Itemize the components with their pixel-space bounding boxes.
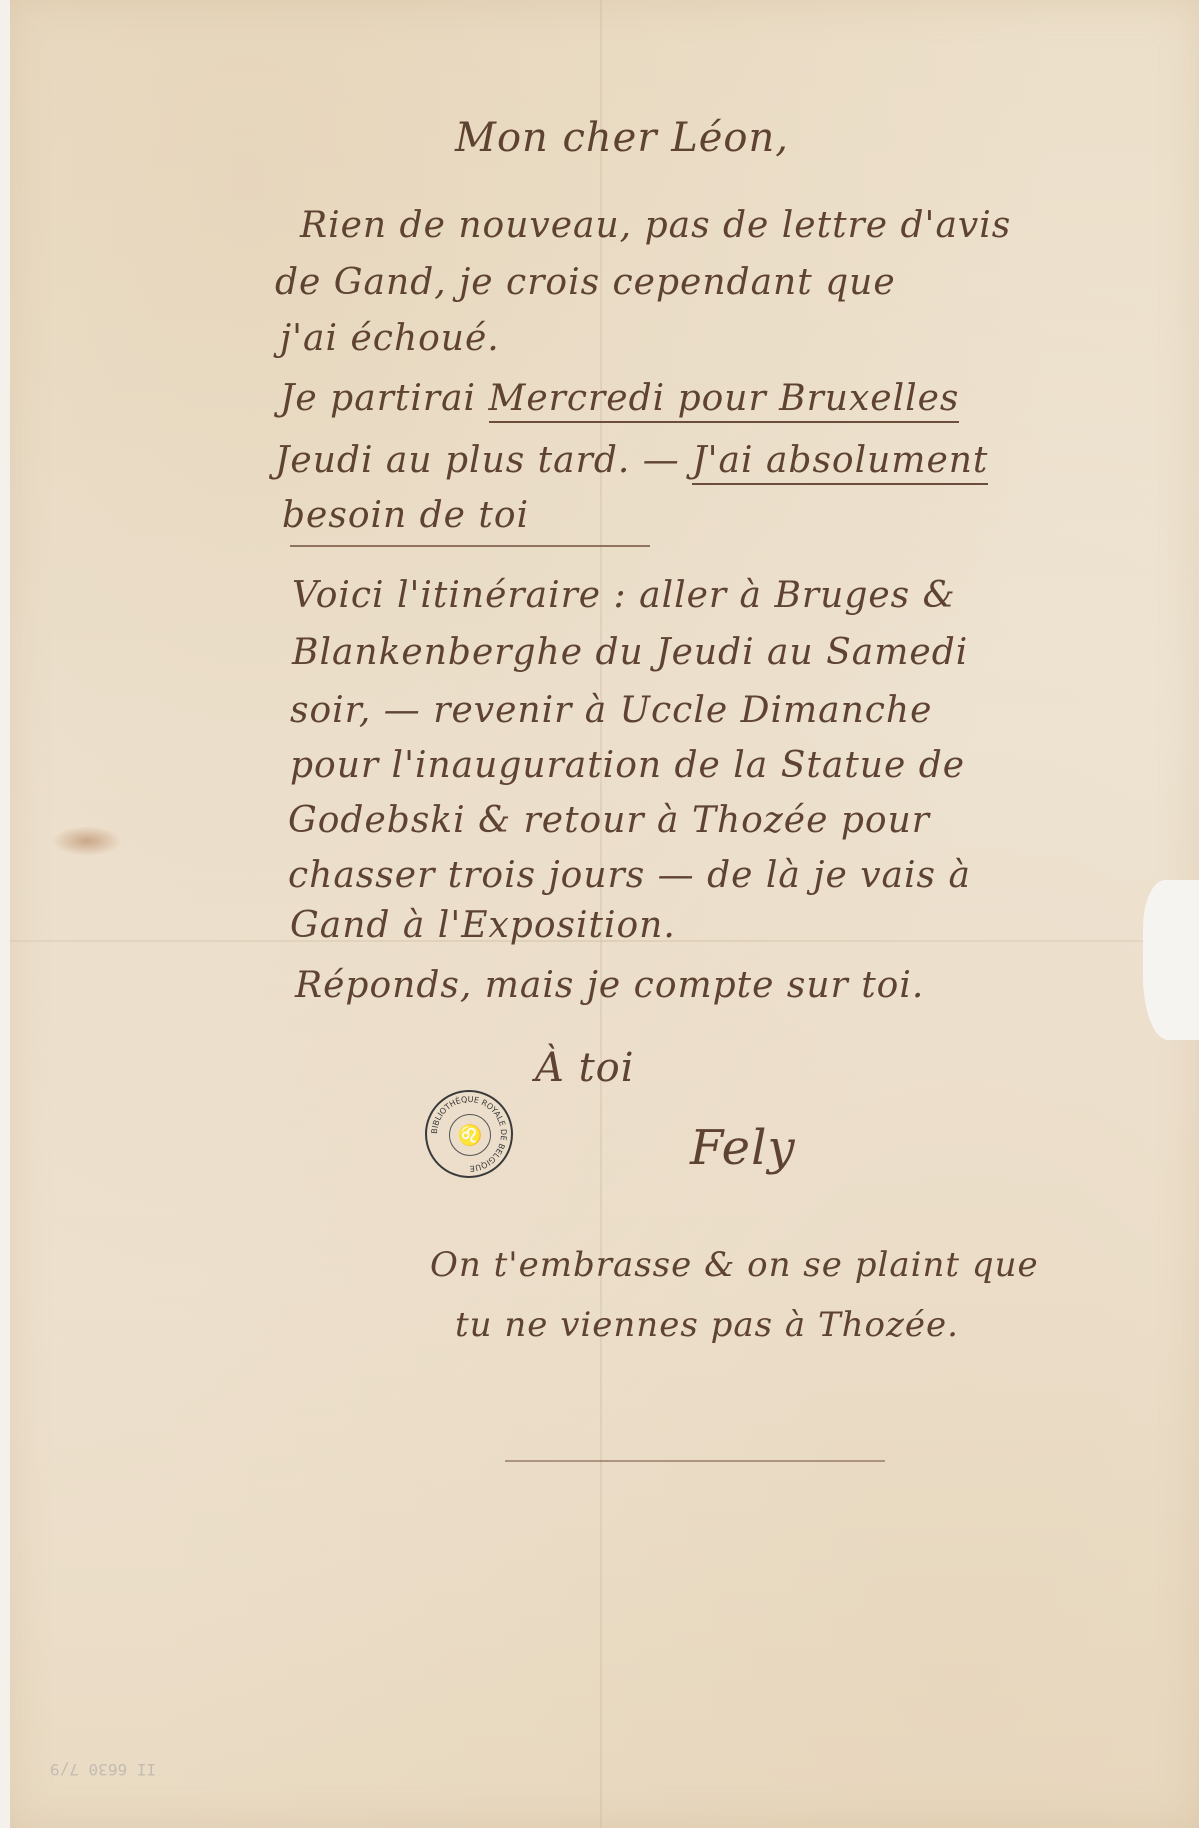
body-line-7: Voici l'itinéraire : aller à Bruges & — [292, 575, 956, 616]
body-line-14: Réponds, mais je compte sur toi. — [295, 965, 924, 1006]
closing: À toi — [535, 1045, 635, 1091]
postscript-line-1: On t'embrasse & on se plaint que — [430, 1245, 1039, 1285]
body-line-12: chasser trois jours — de là je vais à — [288, 855, 971, 896]
closing-flourish — [505, 1460, 885, 1462]
body-line-5b-underlined: J'ai absolument — [692, 440, 988, 485]
section-divider — [290, 545, 650, 547]
paper-stain — [52, 826, 122, 856]
body-line-9: soir, — revenir à Uccle Dimanche — [290, 690, 932, 731]
body-line-4a: Je partirai — [280, 378, 476, 419]
body-line-10: pour l'inauguration de la Statue de — [290, 745, 965, 786]
signature: Fely — [690, 1120, 796, 1176]
lion-emblem-icon: ♌ — [449, 1114, 491, 1156]
body-line-2: de Gand, je crois cependant que — [275, 262, 896, 303]
body-line-5: Jeudi au plus tard. — J'ai absolument — [275, 440, 988, 481]
body-line-6: besoin de toi — [282, 495, 529, 536]
library-stamp: BIBLIOTHÈQUE ROYALE DE BELGIQUE ♌ — [425, 1090, 513, 1178]
postscript-line-2: tu ne viennes pas à Thozée. — [455, 1305, 959, 1345]
body-line-13: Gand à l'Exposition. — [290, 905, 676, 946]
body-line-1: Rien de nouveau, pas de lettre d'avis — [300, 205, 1011, 246]
body-line-11: Godebski & retour à Thozée pour — [288, 800, 930, 841]
pencil-shelfmark: II 6630 7/9 — [50, 1760, 156, 1779]
body-line-5a: Jeudi au plus tard. — — [275, 440, 680, 481]
body-line-8: Blankenberghe du Jeudi au Samedi — [292, 632, 968, 673]
body-line-3: j'ai échoué. — [280, 318, 500, 359]
body-line-4b-underlined: Mercredi pour Bruxelles — [489, 378, 960, 423]
salutation: Mon cher Léon, — [455, 115, 789, 161]
body-line-4: Je partirai Mercredi pour Bruxelles — [280, 378, 959, 419]
paper-tear — [1143, 880, 1199, 1040]
